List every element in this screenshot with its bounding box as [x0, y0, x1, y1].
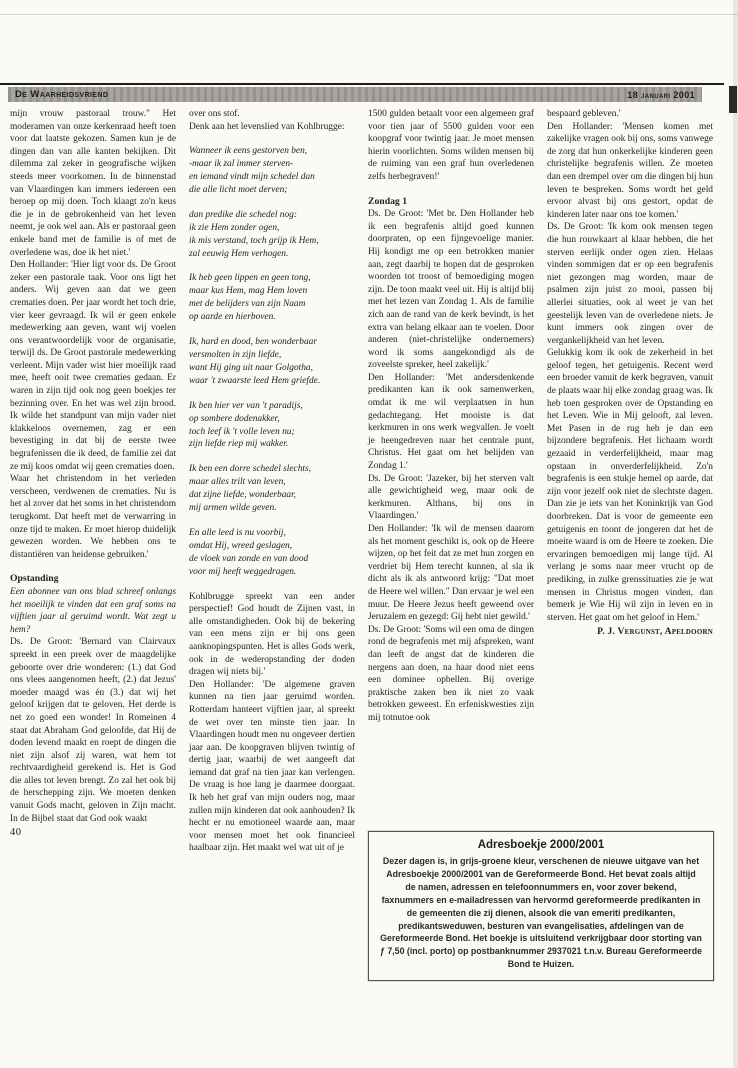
- notice-box-title: Adresboekje 2000/2001: [380, 839, 702, 851]
- issue-date: 18 januari 2001: [627, 90, 695, 100]
- body-paragraph: Ds. De Groot: 'Met br. Den Hollander heb…: [368, 208, 534, 372]
- body-paragraph: Kohlbrugge spreekt van een ander perspec…: [189, 591, 355, 679]
- poem-stanza: Ik, hard en dood, ben wonderbaar versmol…: [189, 336, 355, 388]
- poem-stanza: Ik heb geen lippen en geen tong, maar ku…: [189, 272, 355, 324]
- notice-box-body: Dezer dagen is, in grijs-groene kleur, v…: [380, 855, 702, 971]
- page-edge-shade: [733, 0, 738, 1068]
- body-paragraph: mijn vrouw pastoraal trouw." Het moderam…: [10, 108, 176, 259]
- column-3: 1500 gulden betaalt voor een algemeen gr…: [368, 108, 534, 725]
- body-paragraph: Den Hollander: 'Mensen komen met zakelij…: [547, 121, 713, 222]
- body-paragraph: Gelukkig kom ik ook de zekerheid in het …: [547, 347, 713, 624]
- body-paragraph: Den Hollander: 'Hier ligt voor ds. De Gr…: [10, 259, 176, 473]
- body-paragraph: Den Hollander: 'De algemene graven kunne…: [189, 679, 355, 855]
- poem-stanza: dan predike die schedel nog: ik zie Hem …: [189, 209, 355, 261]
- poem-stanza: Wanneer ik eens gestorven ben, -maar ik …: [189, 145, 355, 197]
- magazine-page: De Waarheidsvriend 18 januari 2001 mijn …: [0, 0, 738, 1068]
- column-1: mijn vrouw pastoraal trouw." Het moderam…: [10, 108, 176, 840]
- body-paragraph: 1500 gulden betaalt voor een algemeen gr…: [368, 108, 534, 184]
- magazine-title: De Waarheidsvriend: [15, 89, 108, 100]
- body-paragraph: Ds. De Groot: 'Soms wil een oma de dinge…: [368, 624, 534, 725]
- body-paragraph: Waar het christendom in het verleden ver…: [10, 473, 176, 561]
- body-paragraph: over ons stof. Denk aan het levenslied v…: [189, 108, 355, 133]
- adresboekje-notice-box: Adresboekje 2000/2001 Dezer dagen is, in…: [368, 831, 714, 981]
- poem-stanza: Ik ben hier ver van 't paradijs, op somb…: [189, 400, 355, 452]
- body-paragraph: Ds. De Groot: 'Ik kom ook mensen tegen d…: [547, 221, 713, 347]
- header-rule: [0, 83, 724, 85]
- page-number: 40: [10, 827, 176, 840]
- poem-stanza: Ik ben een dorre schedel slechts, maar a…: [189, 463, 355, 515]
- body-paragraph: bespaard gebleven.': [547, 108, 713, 121]
- author-signature: P. J. Vergunst, Apeldoorn: [547, 626, 713, 639]
- poem-stanza: En alle leed is nu voorbij, omdat Hij, w…: [189, 527, 355, 579]
- column-2: over ons stof. Denk aan het levenslied v…: [189, 108, 355, 855]
- section-lead: Een abonnee van ons blad schreef onlangs…: [10, 586, 176, 636]
- body-paragraph: Den Hollander: 'Ik wil de mensen daarom …: [368, 523, 534, 624]
- page-header: De Waarheidsvriend 18 januari 2001: [8, 87, 702, 102]
- body-paragraph: Den Hollander: 'Met andersdenkende predi…: [368, 372, 534, 473]
- body-paragraph: Ds. De Groot: 'Bernard van Clairvaux spr…: [10, 636, 176, 825]
- body-paragraph: Ds. De Groot: 'Jazeker, bij het sterven …: [368, 473, 534, 523]
- binding-edge-mark: [729, 86, 737, 113]
- scan-artifact-line: [0, 14, 738, 15]
- column-4: bespaard gebleven.' Den Hollander: 'Mens…: [547, 108, 713, 639]
- section-heading-opstanding: Opstanding: [10, 573, 176, 586]
- section-heading-zondag-1: Zondag 1: [368, 196, 534, 209]
